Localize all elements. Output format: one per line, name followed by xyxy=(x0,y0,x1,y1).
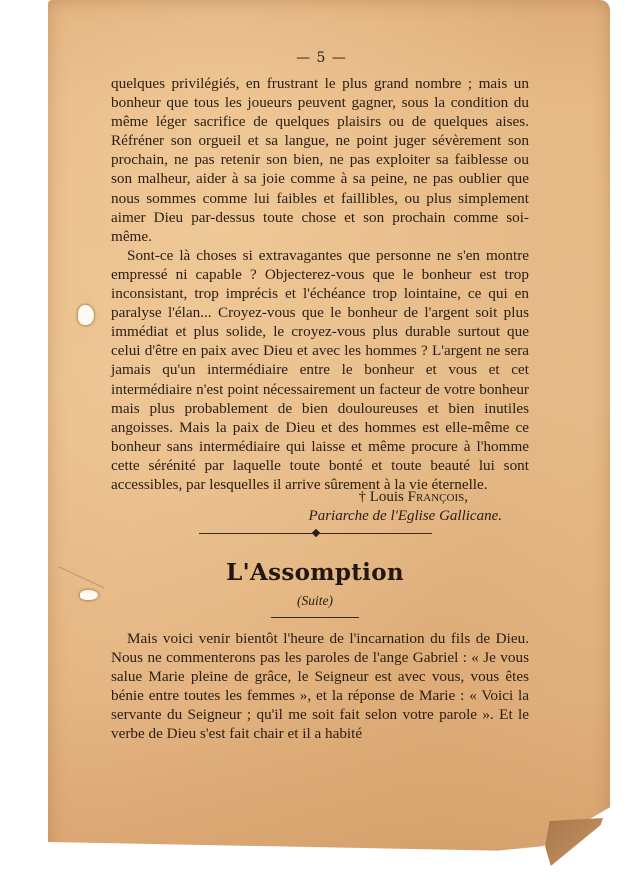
page-number: — 5 — xyxy=(0,50,643,66)
signature-first-name: Louis xyxy=(370,489,404,505)
folded-corner xyxy=(545,816,603,866)
paragraph: Sont-ce là choses si extravagantes que p… xyxy=(111,246,529,494)
paragraph: Mais voici venir bientôt l'heure de l'in… xyxy=(111,629,529,744)
article-body: Mais voici venir bientôt l'heure de l'in… xyxy=(111,629,529,744)
paragraph: quelques privilégiés, en frustrant le pl… xyxy=(111,74,529,246)
signature-name: † Louis François, xyxy=(0,489,468,506)
heading-rule xyxy=(271,617,359,618)
signature-title: Pariarche de l'Eglise Gallicane. xyxy=(0,508,502,525)
article-body: quelques privilégiés, en frustrant le pl… xyxy=(111,74,529,494)
section-subheading: (Suite) xyxy=(0,593,630,609)
section-heading: L'Assomption xyxy=(0,559,630,586)
cross-icon: † xyxy=(358,489,366,505)
signature-last-name: François, xyxy=(408,489,468,505)
paper-hole xyxy=(78,305,94,325)
